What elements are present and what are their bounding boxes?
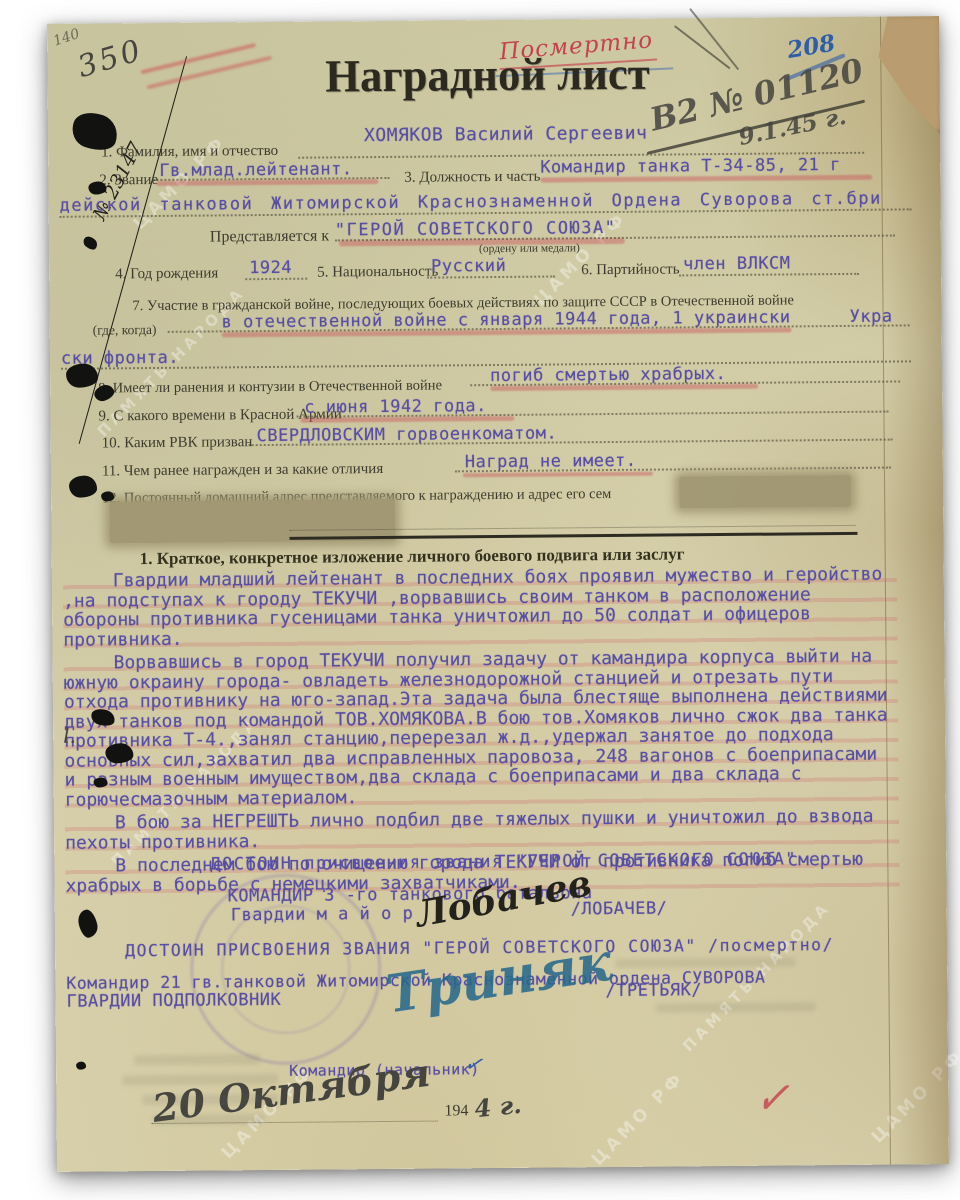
- citation-paragraph: Ворвавшись в город ТЕКУЧИ получил задачу…: [64, 647, 899, 810]
- dotted-line: [245, 278, 307, 281]
- bleedthrough-text: [153, 1114, 265, 1125]
- ink-blot: [101, 491, 114, 501]
- ink-blot: [88, 181, 106, 194]
- field-party-value: член ВЛКСМ: [683, 253, 791, 274]
- brigade-commander-name: /ТРЕТЬЯК/: [605, 980, 702, 1001]
- field-party-label: 6. Партийность: [581, 261, 680, 279]
- red-crossout-stroke: [140, 43, 256, 74]
- field-nationality-label: 5. Национальность: [317, 264, 438, 282]
- date-year-handwritten: 4 г.: [473, 1090, 522, 1123]
- field-rank-label: 2. Звание: [99, 172, 158, 190]
- field-name-label: 1. Фамилия, имя и отчество: [101, 143, 278, 162]
- citation-paragraph: В бою за НЕГРЕШТЬ лично подбил две тяжел…: [65, 807, 899, 853]
- award-sheet-page: ЦАМО РФ ЦАМО РФ ПАМЯТЬ НАРОДА ПАМЯТЬ НАР…: [47, 16, 949, 1172]
- field-name-value: ХОМЯКОВ Василий Сергеевич: [364, 123, 648, 146]
- corner-number-annotation: 140: [51, 26, 81, 50]
- field-birthyear-label: 4. Год рождения: [115, 265, 218, 283]
- field-participation-sublabel: (где, когда): [93, 322, 157, 339]
- bleedthrough-text: [122, 1074, 278, 1085]
- field-nationality-value: Русский: [431, 256, 506, 277]
- dotted-line: [427, 275, 555, 278]
- presented-sublabel: (ордену или медали): [479, 242, 580, 255]
- ink-blot: [81, 234, 100, 252]
- blue-check-mark: ✓: [462, 1051, 484, 1079]
- redaction-box: [679, 475, 851, 508]
- brigade-commander-line2: ГВАРДИИ ПОДПОЛКОВНИК: [66, 990, 281, 1012]
- field-birthyear-value: 1924: [249, 258, 292, 278]
- margin-mark: l.: [63, 724, 76, 748]
- battalion-commander-line2: Гвардии м а й о р: [231, 904, 414, 926]
- ink-blot: [105, 743, 133, 763]
- ink-blot: [76, 1062, 86, 1070]
- date-year-printed: 194: [444, 1102, 468, 1120]
- document-title: Наградной лист: [274, 46, 701, 103]
- bleedthrough-text: [134, 1054, 260, 1065]
- presented-label: Представляется к: [210, 227, 329, 246]
- dotted-line: [679, 273, 859, 277]
- watermark: ЦАМО РФ: [588, 1068, 689, 1170]
- red-smear: [463, 472, 653, 478]
- field-position-value: Командир танка Т-34-85, 21 г: [540, 155, 841, 178]
- bleedthrough-text: [656, 1002, 816, 1012]
- field-wounds-label: 8. Имеет ли ранения и контузии в Отечест…: [98, 377, 442, 397]
- battalion-commander-name: /ЛОБАЧЕВ/: [571, 899, 668, 920]
- ink-blot: [69, 475, 97, 497]
- field-rvk-label: 10. Каким РВК призван: [102, 434, 253, 452]
- bleedthrough-text: [142, 1094, 278, 1105]
- citation-paragraph: Гвардии младший лейтенант в последних бо…: [63, 565, 898, 650]
- screenshot-root: { "title": "Наградной лист", "annotation…: [0, 0, 960, 1200]
- ink-blot: [66, 363, 98, 387]
- red-check-mark: ✓: [753, 1067, 792, 1128]
- ink-blot: [94, 777, 108, 787]
- ink-blot: [76, 908, 100, 939]
- dotted-line: [61, 360, 911, 369]
- bleedthrough-text: [615, 957, 795, 968]
- field-position-label: 3. Должность и часть: [404, 169, 540, 187]
- field-awards-label: 11. Чем ранее награжден и за какие отлич…: [102, 461, 383, 480]
- archive-number-annotation: 350: [74, 33, 147, 85]
- red-crossout-stroke: [147, 56, 272, 90]
